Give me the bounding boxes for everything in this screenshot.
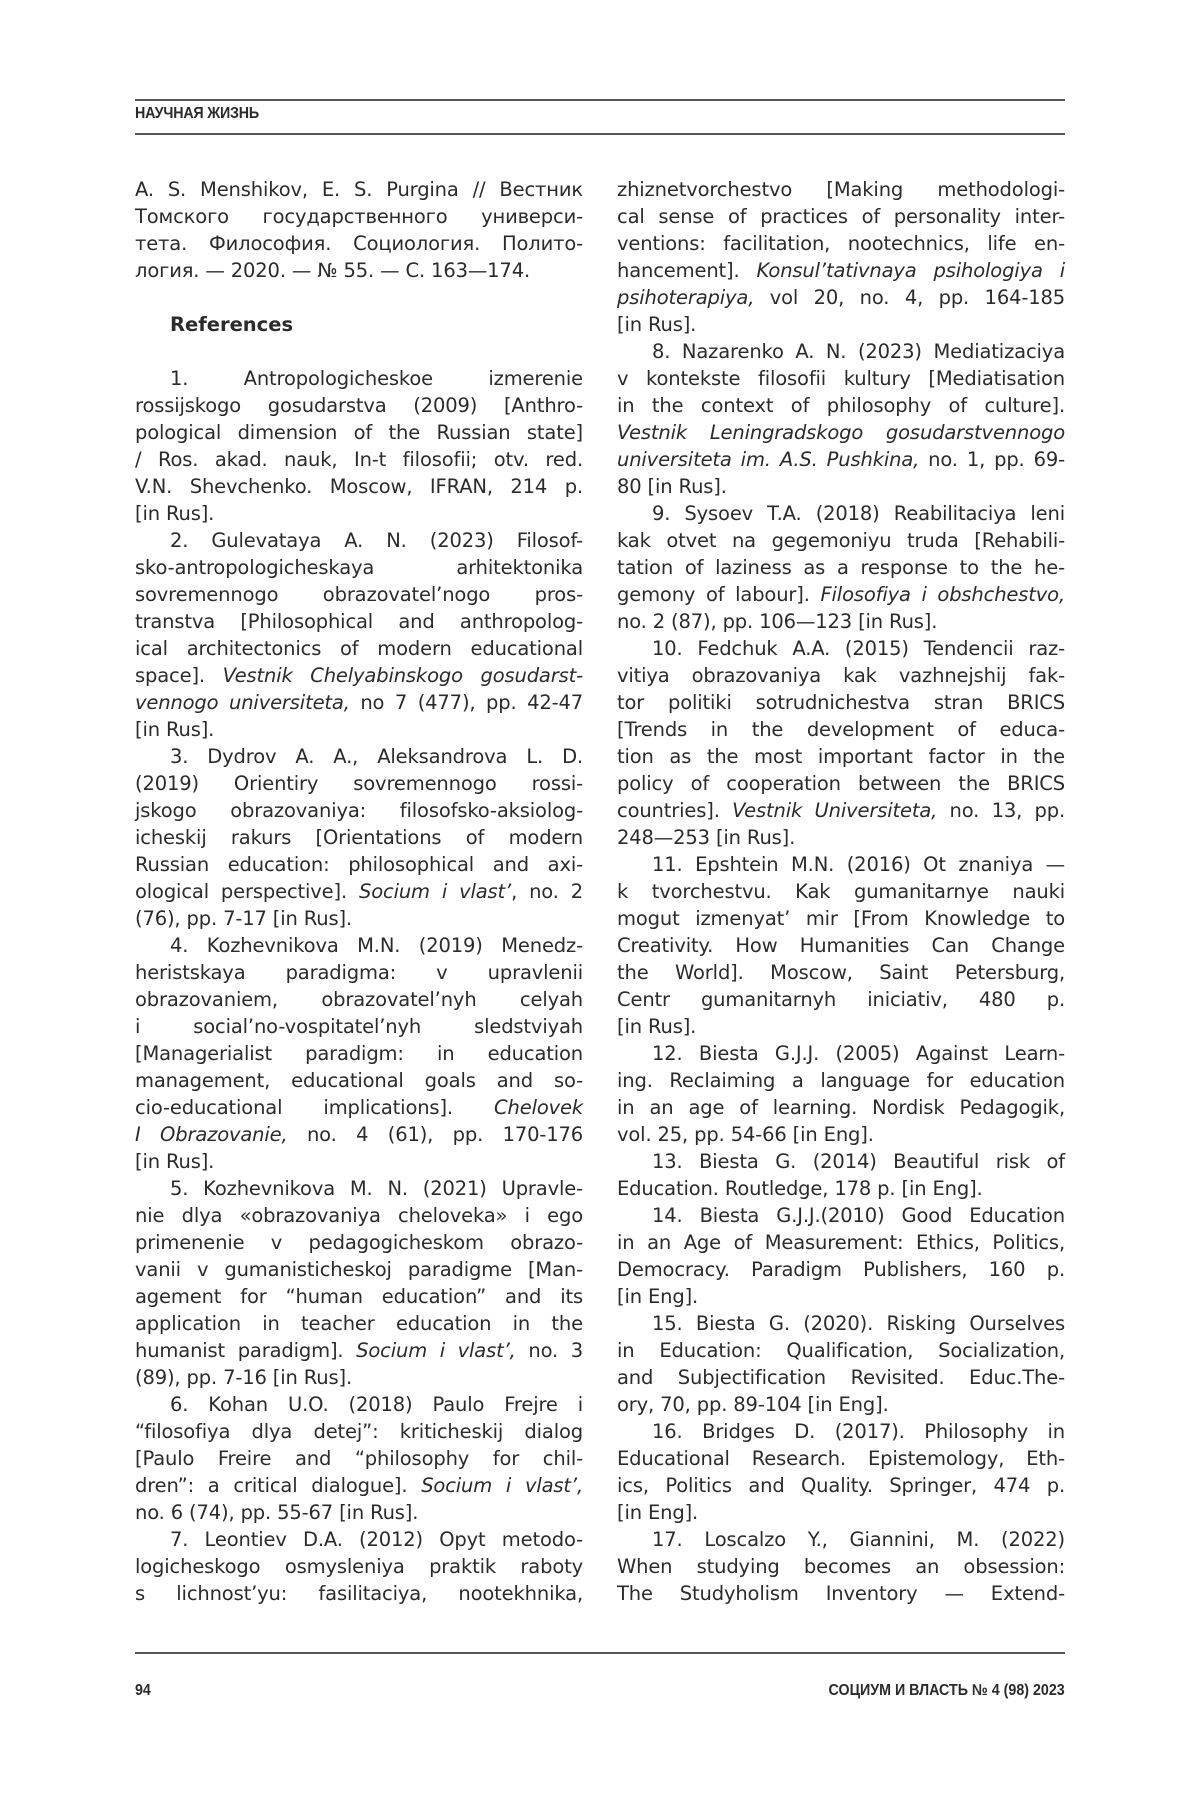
reference-line: 2. Gulevataya A. N. (2023) Filosof- — [135, 527, 583, 554]
reference-line: 6. Kohan U.O. (2018) Paulo Frejre i — [135, 1391, 583, 1418]
header-bottom-rule — [135, 133, 1065, 135]
reference-line: When studying becomes an obsession: — [617, 1553, 1065, 1580]
reference-line: ological perspective]. Socium i vlast’, … — [135, 878, 583, 905]
reference-line: ics, Politics and Quality. Springer, 474… — [617, 1472, 1065, 1499]
journal-title: vennogo universiteta, — [135, 691, 350, 714]
reference-line: 8. Nazarenko A. N. (2023) Mediatizaciya — [617, 338, 1065, 365]
reference-line: application in teacher education in the — [135, 1310, 583, 1337]
journal-title: Vestnik Chelyabinskogo gosudarst- — [223, 664, 583, 687]
spacer — [135, 338, 583, 365]
continuation-line: логия. — 2020. — № 55. — С. 163—174. — [135, 257, 583, 284]
reference-line: nie dlya «obrazovaniya cheloveka» i ego — [135, 1202, 583, 1229]
reference-line: [in Rus]. — [135, 716, 583, 743]
reference-line: psihoterapiya, vol 20, no. 4, pp. 164-18… — [617, 284, 1065, 311]
reference-line: in an Age of Measurement: Ethics, Politi… — [617, 1229, 1065, 1256]
continuation-line: тета. Философия. Социология. Полито- — [135, 230, 583, 257]
reference-line: 9. Sysoev T.A. (2018) Reabilitaciya leni — [617, 500, 1065, 527]
reference-line: in Education: Qualification, Socializati… — [617, 1337, 1065, 1364]
reference-line: mogut izmenyat’ mir [From Knowledge to — [617, 905, 1065, 932]
reference-line: ory, 70, pp. 89-104 [in Eng]. — [617, 1391, 1065, 1418]
journal-title: I Obrazovanie, — [135, 1123, 288, 1146]
journal-title: Filosofiya i obshchestvo, — [820, 583, 1065, 606]
journal-title: Vestnik Universiteta, — [732, 799, 937, 822]
reference-line: vitiya obrazovaniya kak vazhnejshij fak- — [617, 662, 1065, 689]
reference-line: heristskaya paradigma: v upravlenii — [135, 959, 583, 986]
reference-line: 1. Antropologicheskoe izmerenie — [135, 365, 583, 392]
reference-line: vanii v gumanisticheskoj paradigme [Man- — [135, 1256, 583, 1283]
reference-line: primenenie v pedagogicheskom obrazo- — [135, 1229, 583, 1256]
reference-line: hancement]. Konsul’tativnaya psihologiya… — [617, 257, 1065, 284]
reference-line: 13. Biesta G. (2014) Beautiful risk of — [617, 1148, 1065, 1175]
right-reference-list: zhiznetvorchestvo [Making methodologi-ca… — [617, 176, 1065, 1607]
reference-line: 17. Loscalzo Y., Giannini, M. (2022) — [617, 1526, 1065, 1553]
journal-issue: СОЦИУМ И ВЛАСТЬ № 4 (98) 2023 — [829, 1682, 1065, 1700]
reference-line: [in Eng]. — [617, 1499, 1065, 1526]
continuation-line: Томского государственного универси- — [135, 203, 583, 230]
reference-line: 5. Kozhevnikova M. N. (2021) Upravle- — [135, 1175, 583, 1202]
reference-line: 4. Kozhevnikova M.N. (2019) Menedz- — [135, 932, 583, 959]
reference-line: Educational Research. Epistemology, Eth- — [617, 1445, 1065, 1472]
reference-line: [Managerialist paradigm: in education — [135, 1040, 583, 1067]
reference-line: tation of laziness as a response to the … — [617, 554, 1065, 581]
journal-title: Vestnik Leningradskogo gosudarstvennogo — [617, 421, 1065, 444]
reference-line: 11. Epshtein M.N. (2016) Ot znaniya — — [617, 851, 1065, 878]
reference-line: v kontekste filosofii kultury [Mediatisa… — [617, 365, 1065, 392]
reference-line: vol. 25, pp. 54-66 [in Eng]. — [617, 1121, 1065, 1148]
reference-line: obrazovaniem, obrazovatel’nyh celyah — [135, 986, 583, 1013]
footer-rule — [135, 1652, 1065, 1654]
journal-title: Socium i vlast’, — [421, 1474, 583, 1497]
reference-line: icheskij rakurs [Orientations of modern — [135, 824, 583, 851]
page-number: 94 — [135, 1682, 151, 1700]
reference-line: no. 6 (74), pp. 55-67 [in Rus]. — [135, 1499, 583, 1526]
reference-line: 80 [in Rus]. — [617, 473, 1065, 500]
journal-title: Konsul’tativnaya psihologiya i — [756, 259, 1065, 282]
reference-line: [Paulo Freire and “philosophy for chil- — [135, 1445, 583, 1472]
reference-line: “filosofiya dlya detej”: kriticheskij di… — [135, 1418, 583, 1445]
reference-line: The Studyholism Inventory — Extend- — [617, 1580, 1065, 1607]
reference-line: i social’no-vospitatel’nyh sledstviyah — [135, 1013, 583, 1040]
reference-line: tion as the most important factor in the — [617, 743, 1065, 770]
reference-line: in an age of learning. Nordisk Pedagogik… — [617, 1094, 1065, 1121]
reference-line: [in Rus]. — [135, 1148, 583, 1175]
right-column: zhiznetvorchestvo [Making methodologi-ca… — [617, 176, 1065, 1607]
reference-line: the World]. Moscow, Saint Petersburg, — [617, 959, 1065, 986]
reference-line: ventions: facilitation, nootechnics, lif… — [617, 230, 1065, 257]
reference-line: (89), pp. 7-16 [in Rus]. — [135, 1364, 583, 1391]
journal-title: Socium i vlast’, — [356, 1339, 516, 1362]
reference-line: gemony of labour]. Filosofiya i obshches… — [617, 581, 1065, 608]
reference-line: in the context of philosophy of culture]… — [617, 392, 1065, 419]
reference-line: I Obrazovanie, no. 4 (61), pp. 170-176 — [135, 1121, 583, 1148]
reference-line: [Trends in the development of educa- — [617, 716, 1065, 743]
reference-line: [in Rus]. — [617, 1013, 1065, 1040]
left-reference-list: 1. Antropologicheskoe izmerenierossijsko… — [135, 365, 583, 1607]
reference-line: management, educational goals and so- — [135, 1067, 583, 1094]
reference-line: 16. Bridges D. (2017). Philosophy in — [617, 1418, 1065, 1445]
header-top-rule — [135, 99, 1065, 101]
reference-line: Russian education: philosophical and axi… — [135, 851, 583, 878]
reference-line: cio-educational implications]. Chelovek — [135, 1094, 583, 1121]
reference-line: [in Rus]. — [135, 500, 583, 527]
reference-line: (2019) Orientiry sovremennogo rossi- — [135, 770, 583, 797]
reference-line: kak otvet na gegemoniyu truda [Rehabili- — [617, 527, 1065, 554]
reference-line: zhiznetvorchestvo [Making methodologi- — [617, 176, 1065, 203]
reference-line: k tvorchestvu. Kak gumanitarnye nauki — [617, 878, 1065, 905]
reference-line: (76), pp. 7-17 [in Rus]. — [135, 905, 583, 932]
reference-line: 10. Fedchuk A.A. (2015) Tendencii raz- — [617, 635, 1065, 662]
reference-line: Vestnik Leningradskogo gosudarstvennogo — [617, 419, 1065, 446]
reference-line: / Ros. akad. nauk, In-t filosofii; otv. … — [135, 446, 583, 473]
reference-line: policy of cooperation between the BRICS — [617, 770, 1065, 797]
reference-line: [in Eng]. — [617, 1283, 1065, 1310]
reference-line: ical architectonics of modern educationa… — [135, 635, 583, 662]
continuation-line: A. S. Menshikov, E. S. Purgina // Вестни… — [135, 176, 583, 203]
reference-line: tor politiki sotrudnichestva stran BRICS — [617, 689, 1065, 716]
reference-line: humanist paradigm]. Socium i vlast’, no.… — [135, 1337, 583, 1364]
reference-line: [in Rus]. — [617, 311, 1065, 338]
section-running-head: НАУЧНАЯ ЖИЗНЬ — [135, 105, 259, 123]
journal-title: Socium i vlast’ — [359, 880, 511, 903]
reference-line: universiteta im. A.S. Pushkina, no. 1, p… — [617, 446, 1065, 473]
reference-line: V.N. Shevchenko. Moscow, IFRAN, 214 p. — [135, 473, 583, 500]
left-column: A. S. Menshikov, E. S. Purgina // Вестни… — [135, 176, 583, 1607]
reference-line: vennogo universiteta, no 7 (477), pp. 42… — [135, 689, 583, 716]
reference-line: 3. Dydrov A. A., Aleksandrova L. D. — [135, 743, 583, 770]
references-heading: References — [135, 311, 583, 338]
reference-line: 12. Biesta G.J.J. (2005) Against Learn- — [617, 1040, 1065, 1067]
reference-line: agement for “human education” and its — [135, 1283, 583, 1310]
reference-line: 15. Biesta G. (2020). Risking Ourselves — [617, 1310, 1065, 1337]
reference-line: pological dimension of the Russian state… — [135, 419, 583, 446]
reference-line: 7. Leontiev D.A. (2012) Opyt metodo- — [135, 1526, 583, 1553]
reference-line: sko-antropologicheskaya arhitektonika — [135, 554, 583, 581]
reference-line: space]. Vestnik Chelyabinskogo gosudarst… — [135, 662, 583, 689]
reference-line: Centr gumanitarnyh iniciativ, 480 p. — [617, 986, 1065, 1013]
reference-line: 14. Biesta G.J.J.(2010) Good Education — [617, 1202, 1065, 1229]
reference-line: jskogo obrazovaniya: filosofsko-aksiolog… — [135, 797, 583, 824]
reference-line: ing. Reclaiming a language for education — [617, 1067, 1065, 1094]
journal-title: Chelovek — [494, 1096, 583, 1119]
reference-line: and Subjectification Revisited. Educ.The… — [617, 1364, 1065, 1391]
reference-line: s lichnost’yu: fasilitaciya, nootekhnika… — [135, 1580, 583, 1607]
reference-line: countries]. Vestnik Universiteta, no. 13… — [617, 797, 1065, 824]
reference-line: 248—253 [in Rus]. — [617, 824, 1065, 851]
reference-line: dren”: a critical dialogue]. Socium i vl… — [135, 1472, 583, 1499]
reference-line: cal sense of practices of personality in… — [617, 203, 1065, 230]
spacer — [135, 284, 583, 311]
journal-title: universiteta im. A.S. Pushkina, — [617, 448, 919, 471]
reference-line: transtva [Philosophical and anthropolog- — [135, 608, 583, 635]
reference-line: Democracy. Paradigm Publishers, 160 p. — [617, 1256, 1065, 1283]
reference-line: no. 2 (87), pp. 106—123 [in Rus]. — [617, 608, 1065, 635]
reference-line: Education. Routledge, 178 p. [in Eng]. — [617, 1175, 1065, 1202]
reference-line: Creativity. How Humanities Can Change — [617, 932, 1065, 959]
reference-line: logicheskogo osmysleniya praktik raboty — [135, 1553, 583, 1580]
reference-line: rossijskogo gosudarstva (2009) [Anthro- — [135, 392, 583, 419]
journal-title: psihoterapiya, — [617, 286, 754, 309]
reference-line: sovremennogo obrazovatel’nogo pros- — [135, 581, 583, 608]
